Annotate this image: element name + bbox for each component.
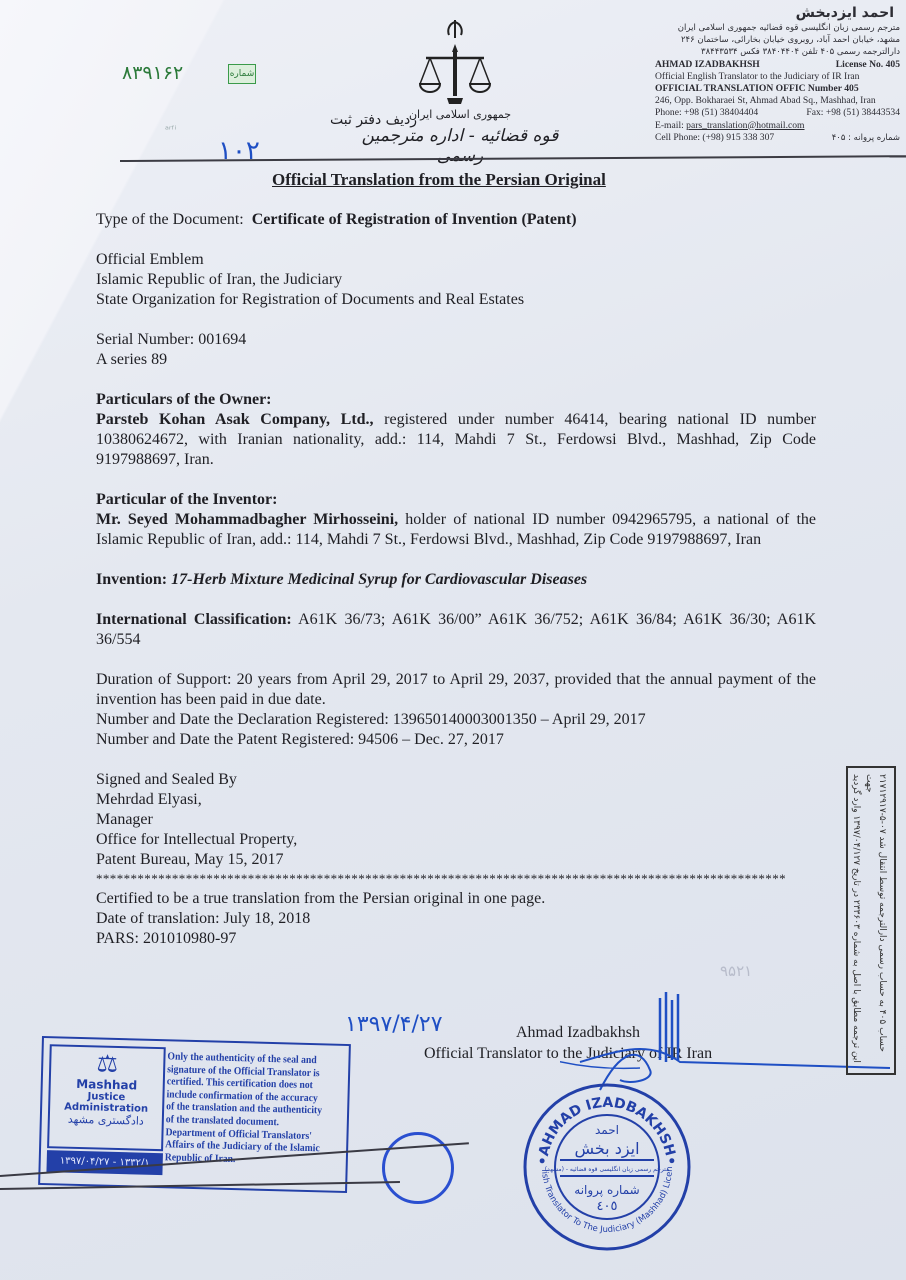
translator-name-en: AHMAD IZADBAKHSH: [655, 59, 760, 71]
translation-date: Date of translation: July 18, 2018: [96, 909, 816, 929]
pars-number: PARS: 201010980-97: [96, 929, 816, 949]
translator-address: 246, Opp. Bokharaei St, Ahmad Abad Sq., …: [655, 95, 900, 107]
inventor-heading: Particular of the Inventor:: [96, 490, 816, 510]
stamp-certification-text: Only the authenticity of the seal and si…: [165, 1051, 329, 1169]
small-round-seal: [382, 1132, 454, 1204]
invention: Invention: 17-Herb Mixture Medicinal Syr…: [96, 570, 816, 590]
margin-registration-note: ۲۱۷۱۲۹۱۷-۵-۰۷ حساب ۴۰۵ به حساب رسمی دارا…: [846, 766, 896, 1075]
signed-line-2: Mehrdad Elyasi,: [96, 790, 816, 810]
document-title: Official Translation from the Persian Or…: [272, 170, 606, 190]
translator-cell-row: Cell Phone: (+98) 915 338 307 شماره پروا…: [655, 132, 900, 144]
translator-email-link[interactable]: pars_translation@hotmail.com: [686, 120, 804, 131]
asterisk-separator: ****************************************…: [96, 872, 816, 886]
seal-middle-fa: مترجم رسمی زبان انگلیسی قوه قضائیه - (مش…: [545, 1165, 669, 1173]
document-body: Type of the Document: Certificate of Reg…: [96, 210, 816, 949]
margin-note-line-2: این ترجمه مطابق با اصل به شماره ۲۳۳۶۰۳ د…: [849, 774, 862, 1064]
translator-cell: Cell Phone: (+98) 915 338 307: [655, 132, 774, 144]
margin-note-text: ۲۱۷۱۲۹۱۷-۵-۰۷ حساب ۴۰۵ به حساب رسمی دارا…: [856, 774, 888, 1064]
translator-license-fa: شماره پروانه : ۴۰۵: [832, 132, 900, 144]
seal-license-number: ٤٠٥: [597, 1199, 618, 1214]
seal-license-fa: شماره پروانه: [574, 1183, 639, 1198]
document-type-value: Certificate of Registration of Invention…: [252, 211, 577, 228]
patent-registered: Number and Date the Patent Registered: 9…: [96, 730, 816, 750]
justice-admin-emblem: ⚖ Mashhad Justice Administration دادگستر…: [47, 1044, 166, 1151]
persian-serial-number: ۸۳۹۱۶۲: [122, 62, 183, 84]
inventor-name: Mr. Seyed Mohammadbagher Mirhosseini,: [96, 511, 398, 528]
translator-name-row: AHMAD IZADBAKHSH License No. 405: [655, 59, 900, 71]
document-type-label: Type of the Document:: [96, 211, 244, 228]
series: A series 89: [96, 350, 816, 370]
scales-of-justice-icon: ⚖: [51, 1050, 164, 1079]
owner-name: Parsteb Kohan Asak Company, Ltd.,: [96, 411, 374, 428]
classification: International Classification: A61K 36/73…: [96, 610, 816, 650]
document-type: Type of the Document: Certificate of Reg…: [96, 210, 816, 230]
judiciary-emblem-icon: [418, 18, 492, 113]
register-row-number: ۱۰۲: [218, 136, 260, 166]
emblem-line-1: Official Emblem: [96, 250, 816, 270]
translator-name-fa: احمد ایزدبخش: [655, 4, 894, 22]
faint-pencil-mark: ᵃʳᶠⁱ: [165, 125, 176, 136]
margin-note-line-1: ۲۱۷۱۲۹۱۷-۵-۰۷ حساب ۴۰۵ به حساب رسمی دارا…: [862, 774, 888, 1064]
persian-date-stamp: ۱۳۹۷/۴/۲۷: [345, 1012, 443, 1037]
faint-stamp-mark: ۹۵۲۱: [720, 962, 752, 980]
seal-name-fa-1: احمد: [595, 1123, 619, 1137]
emblem-caption-republic: جمهوری اسلامی ایران: [400, 108, 520, 121]
translator-round-seal: •AHMAD IZADBAKHSH• Official English Tran…: [522, 1082, 692, 1252]
classification-label: International Classification:: [96, 611, 292, 628]
translator-role: Official English Translator to the Judic…: [655, 71, 900, 83]
translator-fax: Fax: +98 (51) 38443534: [806, 107, 900, 119]
translator-phone: Phone: +98 (51) 38404404: [655, 107, 758, 119]
translator-line-fa-2: مشهد، خیابان احمد آباد، روبروی خیابان بخ…: [655, 34, 900, 46]
seal-name-fa-2: ایزد بخش: [574, 1139, 639, 1159]
invention-label: Invention:: [96, 571, 167, 588]
certified-statement: Certified to be a true translation from …: [96, 889, 816, 909]
duration-of-support: Duration of Support: 20 years from April…: [96, 670, 816, 710]
translator-office: OFFICIAL TRANSLATION OFFIC Number 405: [655, 83, 900, 95]
translator-letterhead: احمد ایزدبخش مترجم رسمی زبان انگلیسی قوه…: [655, 4, 900, 144]
translator-line-fa-1: مترجم رسمی زبان انگلیسی قوه قضائیه جمهور…: [655, 22, 900, 34]
translator-phone-row: Phone: +98 (51) 38404404 Fax: +98 (51) 3…: [655, 107, 900, 119]
owner-details: Parsteb Kohan Asak Company, Ltd., regist…: [96, 410, 816, 470]
declaration-registered: Number and Date the Declaration Register…: [96, 710, 816, 730]
translator-line-fa-3: دارالترجمه رسمی ۴۰۵ تلفن ۳۸۴۰۴۴۰۴ فکس ۳۸…: [655, 46, 900, 58]
invention-value: 17-Herb Mixture Medicinal Syrup for Card…: [171, 571, 587, 588]
owner-heading: Particulars of the Owner:: [96, 390, 816, 410]
signed-line-5: Patent Bureau, May 15, 2017: [96, 850, 816, 870]
emblem-line-3: State Organization for Registration of D…: [96, 290, 816, 310]
stamp-admin: Justice Administration: [50, 1090, 163, 1115]
inventor-details: Mr. Seyed Mohammadbagher Mirhosseini, ho…: [96, 510, 816, 550]
signed-line-4: Office for Intellectual Property,: [96, 830, 816, 850]
translator-email-row: E-mail: pars_translation@hotmail.com: [655, 120, 900, 132]
translator-email-label: E-mail:: [655, 120, 686, 131]
green-number-stamp: شماره: [228, 64, 256, 84]
signed-line-1: Signed and Sealed By: [96, 770, 816, 790]
translator-license: License No. 405: [836, 59, 900, 71]
serial-number: Serial Number: 001694: [96, 330, 816, 350]
emblem-line-2: Islamic Republic of Iran, the Judiciary: [96, 270, 816, 290]
signed-line-3: Manager: [96, 810, 816, 830]
